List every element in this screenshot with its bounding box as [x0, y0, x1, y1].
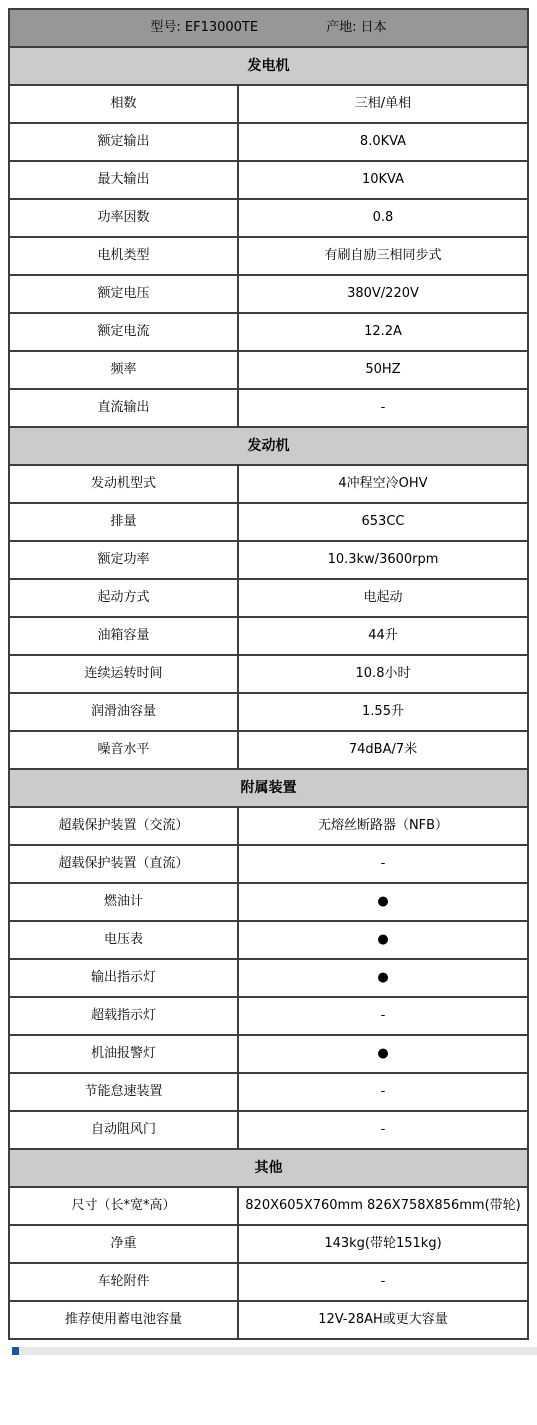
- spec-value: -: [238, 1073, 528, 1111]
- spec-value: -: [238, 389, 528, 427]
- spec-label: 超载保护装置（交流）: [9, 807, 238, 845]
- spec-row: 额定输出8.0KVA: [9, 123, 528, 161]
- blue-bullet-icon: [12, 1347, 19, 1355]
- spec-value: ●: [238, 921, 528, 959]
- spec-row: 起动方式电起动: [9, 579, 528, 617]
- spec-label: 超载保护装置（直流）: [9, 845, 238, 883]
- spec-row: 油箱容量44升: [9, 617, 528, 655]
- spec-value: 74dBA/7米: [238, 731, 528, 769]
- spec-row: 相数三相/单相: [9, 85, 528, 123]
- spec-table: 型号: EF13000TE 产地: 日本 发电机相数三相/单相额定输出8.0KV…: [8, 8, 529, 1340]
- spec-value: 12V-28AH或更大容量: [238, 1301, 528, 1339]
- model-header-cell: 型号: EF13000TE 产地: 日本: [9, 9, 528, 47]
- spec-label: 推荐使用蓄电池容量: [9, 1301, 238, 1339]
- spec-row: 自动阻风门-: [9, 1111, 528, 1149]
- spec-row: 车轮附件-: [9, 1263, 528, 1301]
- spec-row: 输出指示灯●: [9, 959, 528, 997]
- spec-label: 节能怠速装置: [9, 1073, 238, 1111]
- spec-row: 润滑油容量1.55升: [9, 693, 528, 731]
- spec-value: ●: [238, 1035, 528, 1073]
- model-label: 型号: EF13000TE: [150, 20, 258, 36]
- spec-value: 653CC: [238, 503, 528, 541]
- spec-label: 起动方式: [9, 579, 238, 617]
- spec-value: 50HZ: [238, 351, 528, 389]
- spec-row: 尺寸（长*宽*高）820X605X760mm 826X758X856mm(带轮): [9, 1187, 528, 1225]
- spec-label: 发动机型式: [9, 465, 238, 503]
- spec-value: 12.2A: [238, 313, 528, 351]
- spec-row: 超载保护装置（直流）-: [9, 845, 528, 883]
- spec-value: -: [238, 845, 528, 883]
- spec-label: 额定电流: [9, 313, 238, 351]
- spec-label: 车轮附件: [9, 1263, 238, 1301]
- spec-table-body: 型号: EF13000TE 产地: 日本 发电机相数三相/单相额定输出8.0KV…: [9, 9, 528, 1339]
- spec-label: 电机类型: [9, 237, 238, 275]
- spec-label: 额定电压: [9, 275, 238, 313]
- spec-label: 噪音水平: [9, 731, 238, 769]
- spec-value: ●: [238, 959, 528, 997]
- spec-label: 排量: [9, 503, 238, 541]
- model-header-row: 型号: EF13000TE 产地: 日本: [9, 9, 528, 47]
- spec-label: 频率: [9, 351, 238, 389]
- spec-label: 额定功率: [9, 541, 238, 579]
- section-header-row: 发电机: [9, 47, 528, 85]
- spec-value: 0.8: [238, 199, 528, 237]
- spec-value: 10KVA: [238, 161, 528, 199]
- spec-label: 连续运转时间: [9, 655, 238, 693]
- spec-value: -: [238, 997, 528, 1035]
- spec-row: 排量653CC: [9, 503, 528, 541]
- spec-label: 尺寸（长*宽*高）: [9, 1187, 238, 1225]
- spec-row: 连续运转时间10.8小时: [9, 655, 528, 693]
- spec-row: 节能怠速装置-: [9, 1073, 528, 1111]
- section-header-row: 发动机: [9, 427, 528, 465]
- spec-label: 超载指示灯: [9, 997, 238, 1035]
- spec-row: 电压表●: [9, 921, 528, 959]
- spec-row: 功率因数0.8: [9, 199, 528, 237]
- section-header-row: 附属装置: [9, 769, 528, 807]
- spec-label: 燃油计: [9, 883, 238, 921]
- spec-label: 直流输出: [9, 389, 238, 427]
- spec-row: 额定功率10.3kw/3600rpm: [9, 541, 528, 579]
- spec-value: 10.8小时: [238, 655, 528, 693]
- spec-row: 最大输出10KVA: [9, 161, 528, 199]
- spec-label: 自动阻风门: [9, 1111, 238, 1149]
- spec-row: 燃油计●: [9, 883, 528, 921]
- spec-value: 有刷自励三相同步式: [238, 237, 528, 275]
- spec-row: 噪音水平74dBA/7米: [9, 731, 528, 769]
- spec-value: 1.55升: [238, 693, 528, 731]
- spec-value: 380V/220V: [238, 275, 528, 313]
- spec-label: 润滑油容量: [9, 693, 238, 731]
- spec-value: 三相/单相: [238, 85, 528, 123]
- footer-section-bar: [12, 1347, 537, 1355]
- spec-label: 电压表: [9, 921, 238, 959]
- spec-value: -: [238, 1263, 528, 1301]
- spec-value: 820X605X760mm 826X758X856mm(带轮): [238, 1187, 528, 1225]
- spec-value: -: [238, 1111, 528, 1149]
- spec-row: 超载指示灯-: [9, 997, 528, 1035]
- spec-value: 无熔丝断路器（NFB）: [238, 807, 528, 845]
- spec-row: 发动机型式4冲程空冷OHV: [9, 465, 528, 503]
- spec-value: 8.0KVA: [238, 123, 528, 161]
- spec-label: 最大输出: [9, 161, 238, 199]
- spec-value: 44升: [238, 617, 528, 655]
- spec-row: 机油报警灯●: [9, 1035, 528, 1073]
- section-title: 发电机: [9, 47, 528, 85]
- spec-value: 10.3kw/3600rpm: [238, 541, 528, 579]
- spec-label: 额定输出: [9, 123, 238, 161]
- spec-label: 机油报警灯: [9, 1035, 238, 1073]
- spec-row: 推荐使用蓄电池容量12V-28AH或更大容量: [9, 1301, 528, 1339]
- spec-value: 4冲程空冷OHV: [238, 465, 528, 503]
- spec-row: 额定电压380V/220V: [9, 275, 528, 313]
- model-header-inner: 型号: EF13000TE 产地: 日本: [16, 20, 521, 36]
- spec-label: 相数: [9, 85, 238, 123]
- section-header-row: 其他: [9, 1149, 528, 1187]
- spec-value: ●: [238, 883, 528, 921]
- origin-label: 产地: 日本: [326, 20, 387, 36]
- spec-row: 频率50HZ: [9, 351, 528, 389]
- spec-label: 输出指示灯: [9, 959, 238, 997]
- spec-label: 功率因数: [9, 199, 238, 237]
- section-title: 附属装置: [9, 769, 528, 807]
- spec-row: 电机类型有刷自励三相同步式: [9, 237, 528, 275]
- spec-label: 油箱容量: [9, 617, 238, 655]
- spec-value: 143kg(带轮151kg): [238, 1225, 528, 1263]
- spec-row: 超载保护装置（交流）无熔丝断路器（NFB）: [9, 807, 528, 845]
- spec-row: 净重143kg(带轮151kg): [9, 1225, 528, 1263]
- section-title: 其他: [9, 1149, 528, 1187]
- section-title: 发动机: [9, 427, 528, 465]
- spec-value: 电起动: [238, 579, 528, 617]
- spec-row: 额定电流12.2A: [9, 313, 528, 351]
- spec-row: 直流输出-: [9, 389, 528, 427]
- spec-label: 净重: [9, 1225, 238, 1263]
